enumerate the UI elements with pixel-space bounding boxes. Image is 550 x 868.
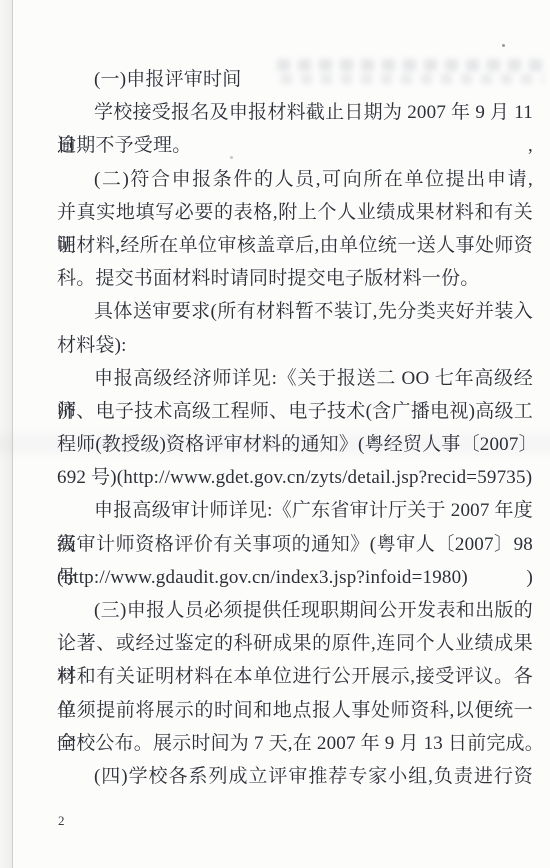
document-line: (四)学校各系列成立评审推荐专家小组,负责进行资: [57, 760, 533, 793]
document-line: 申报高级经济师详见:《关于报送二 OO 七年高级经济: [57, 362, 533, 395]
document-line: 学校接受报名及申报材料截止日期为 2007 年 9 月 11 日,: [57, 96, 533, 129]
scanned-document-page: (一)申报评审时间 学校接受报名及申报材料截止日期为 2007 年 9 月 11…: [0, 0, 550, 868]
document-line: 具体送审要求(所有材料暂不装订,先分类夹好并装入: [57, 295, 533, 328]
document-line: 并真实地填写必要的表格,附上个人业绩成果材料和有关证: [57, 196, 533, 229]
document-line: 申报高级审计师详见:《广东省审计厅关于 2007 年度高: [57, 494, 533, 527]
document-line: (三)申报人员必须提供任现职期间公开发表和出版的: [57, 594, 533, 627]
document-line: 全校公布。展示时间为 7 天,在 2007 年 9 月 13 日前完成。: [57, 727, 533, 760]
document-line: 师、电子技术高级工程师、电子技术(含广播电视)高级工: [57, 395, 533, 428]
document-line: 论著、或经过鉴定的科研成果的原件,连同个人业绩成果材: [57, 627, 533, 660]
document-line: 料和有关证明材料在本单位进行公开展示,接受评议。各单: [57, 660, 533, 693]
document-line: 科。提交书面材料时请同时提交电子版材料一份。: [57, 262, 533, 295]
scan-speck-artifact: [502, 44, 505, 47]
document-line: 692 号)(http://www.gdet.gov.cn/zyts/detai…: [57, 461, 533, 494]
document-line: (二)符合申报条件的人员,可向所在单位提出申请,: [57, 163, 533, 196]
document-line: (一)申报评审时间: [57, 63, 533, 96]
document-line: 位须提前将展示的时间和地点报人事处师资科,以便统一向: [57, 694, 533, 727]
document-line: 程师(教授级)资格评审材料的通知》(粤经贸人事〔2007〕: [57, 428, 533, 461]
document-body: (一)申报评审时间 学校接受报名及申报材料截止日期为 2007 年 9 月 11…: [57, 63, 533, 793]
document-line: 级审计师资格评价有关事项的通知》(粤审人〔2007〕98 号): [57, 528, 533, 561]
page-number: 2: [58, 813, 65, 829]
document-line: (http://www.gdaudit.gov.cn/index3.jsp?in…: [57, 561, 533, 594]
document-line: 材料袋):: [57, 329, 533, 362]
document-line: 明材料,经所在单位审核盖章后,由单位统一送人事处师资: [57, 229, 533, 262]
